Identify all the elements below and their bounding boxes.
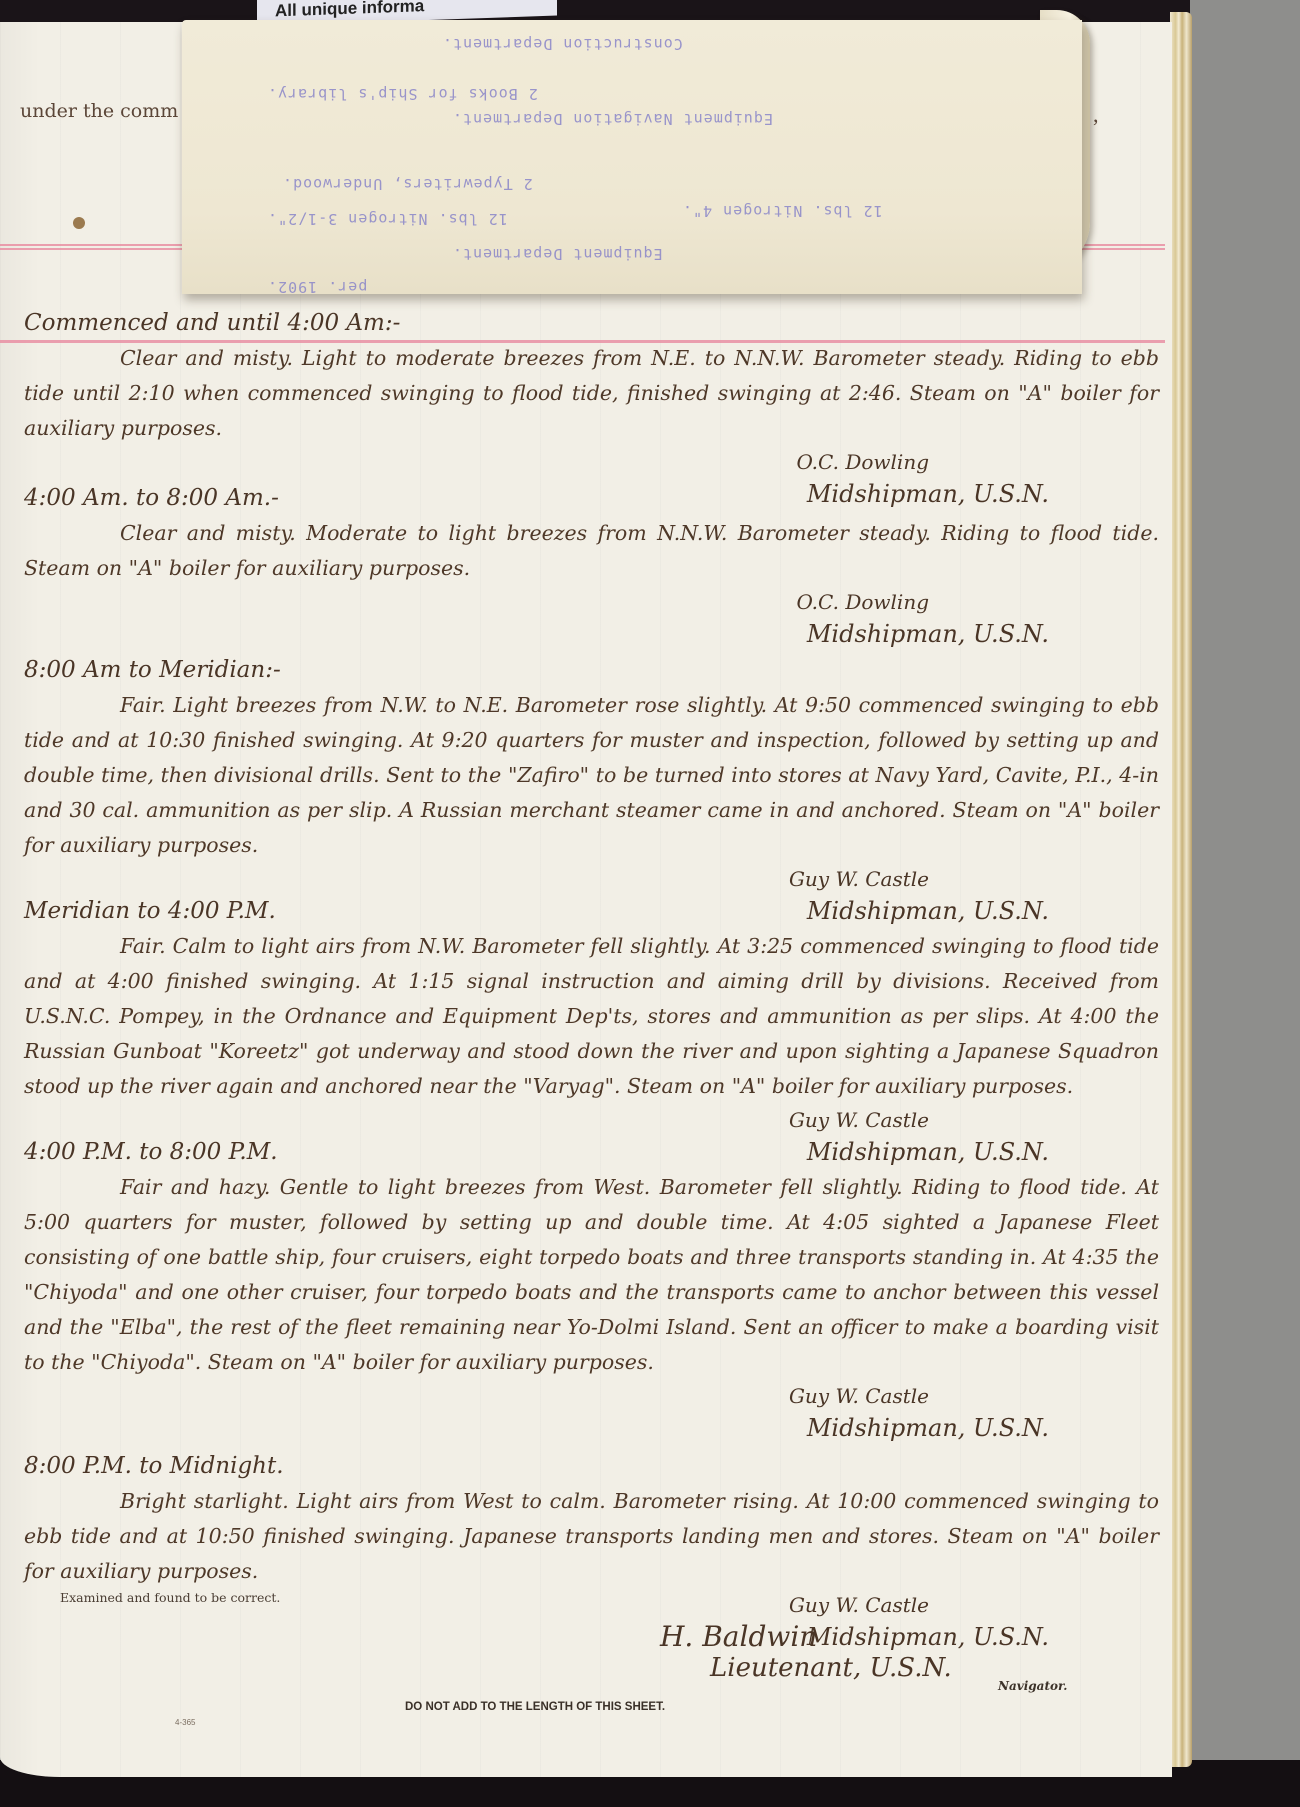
watch-heading: Meridian to 4:00 P.M. <box>24 893 1159 929</box>
slip-line: 12 lbs. Nitrogen 4". <box>682 202 883 220</box>
punch-hole <box>73 217 85 229</box>
watch-heading: 4:00 Am. to 8:00 Am.- <box>24 480 1159 516</box>
watch-heading: Commenced and until 4:00 Am:- <box>24 305 1159 341</box>
slip-line: Construction Department. <box>442 35 683 53</box>
slip-line: Equipment Department. <box>452 245 663 263</box>
officer-title: Midshipman, U.S.N. <box>24 1412 1049 1444</box>
sheet-notice: DO NOT ADD TO THE LENGTH OF THIS SHEET. <box>405 1701 665 1713</box>
navigator-signature-block: H. Baldwin Lieutenant, U.S.N. <box>640 1620 952 1683</box>
officer-title: Midshipman, U.S.N. <box>24 618 1049 650</box>
officer-signature: Guy W. Castle <box>24 1380 929 1412</box>
watch-heading: 8:00 Am to Meridian:- <box>24 652 1159 688</box>
entry-text: Bright starlight. Light airs from West t… <box>24 1484 1159 1589</box>
officer-signature: Guy W. Castle <box>24 863 929 895</box>
scan-background-right <box>1190 0 1300 1807</box>
log-entry: 4:00 Am. to 8:00 Am.- Clear and misty. M… <box>24 480 1159 650</box>
book-page-edges <box>1170 12 1192 1767</box>
printed-comma: , <box>1093 102 1099 128</box>
slip-line: per. 1902. <box>267 278 367 294</box>
typed-slip-overlay: Construction Department. 2 Books for Shi… <box>182 20 1082 294</box>
entry-text: Fair and hazy. Gentle to light breezes f… <box>24 1170 1159 1380</box>
officer-signature: Guy W. Castle <box>24 1104 929 1136</box>
printed-heading: under the comm <box>20 100 178 122</box>
watch-heading: 8:00 P.M. to Midnight. <box>24 1448 1159 1484</box>
officer-signature: O.C. Dowling <box>24 586 929 618</box>
slip-line: 12 lbs. Nitrogen 3-1/2". <box>267 210 508 228</box>
slip-line: Equipment Navigation Department. <box>452 110 773 128</box>
navigator-signature: H. Baldwin <box>660 1620 952 1653</box>
log-entry: 8:00 Am to Meridian:- Fair. Light breeze… <box>24 652 1159 927</box>
navigator-rank: Lieutenant, U.S.N. <box>710 1653 952 1683</box>
watch-heading: 4:00 P.M. to 8:00 P.M. <box>24 1134 1159 1170</box>
entry-text: Clear and misty. Light to moderate breez… <box>24 341 1159 446</box>
signature-block: Guy W. Castle Midshipman, U.S.N. <box>24 1380 1159 1444</box>
signature-block: O.C. Dowling Midshipman, U.S.N. <box>24 586 1159 650</box>
log-entry: 4:00 P.M. to 8:00 P.M. Fair and hazy. Ge… <box>24 1134 1159 1444</box>
entry-text: Fair. Light breezes from N.W. to N.E. Ba… <box>24 688 1159 863</box>
slip-line: 2 Typewriters, Underwood. <box>282 175 533 193</box>
log-entry: 8:00 P.M. to Midnight. Bright starlight.… <box>24 1448 1159 1653</box>
log-entry: Meridian to 4:00 P.M. Fair. Calm to ligh… <box>24 893 1159 1168</box>
slip-line: 2 Books for Ship's library. <box>267 85 538 103</box>
officer-signature: O.C. Dowling <box>24 446 929 478</box>
entry-text: Fair. Calm to light airs from N.W. Barom… <box>24 929 1159 1104</box>
navigator-role-label: Navigator. <box>998 1679 1067 1693</box>
examined-statement: Examined and found to be correct. <box>60 1590 280 1605</box>
form-code: 4-365 <box>175 1718 195 1727</box>
log-entries: Commenced and until 4:00 Am:- Clear and … <box>24 305 1159 1653</box>
entry-text: Clear and misty. Moderate to light breez… <box>24 516 1159 586</box>
